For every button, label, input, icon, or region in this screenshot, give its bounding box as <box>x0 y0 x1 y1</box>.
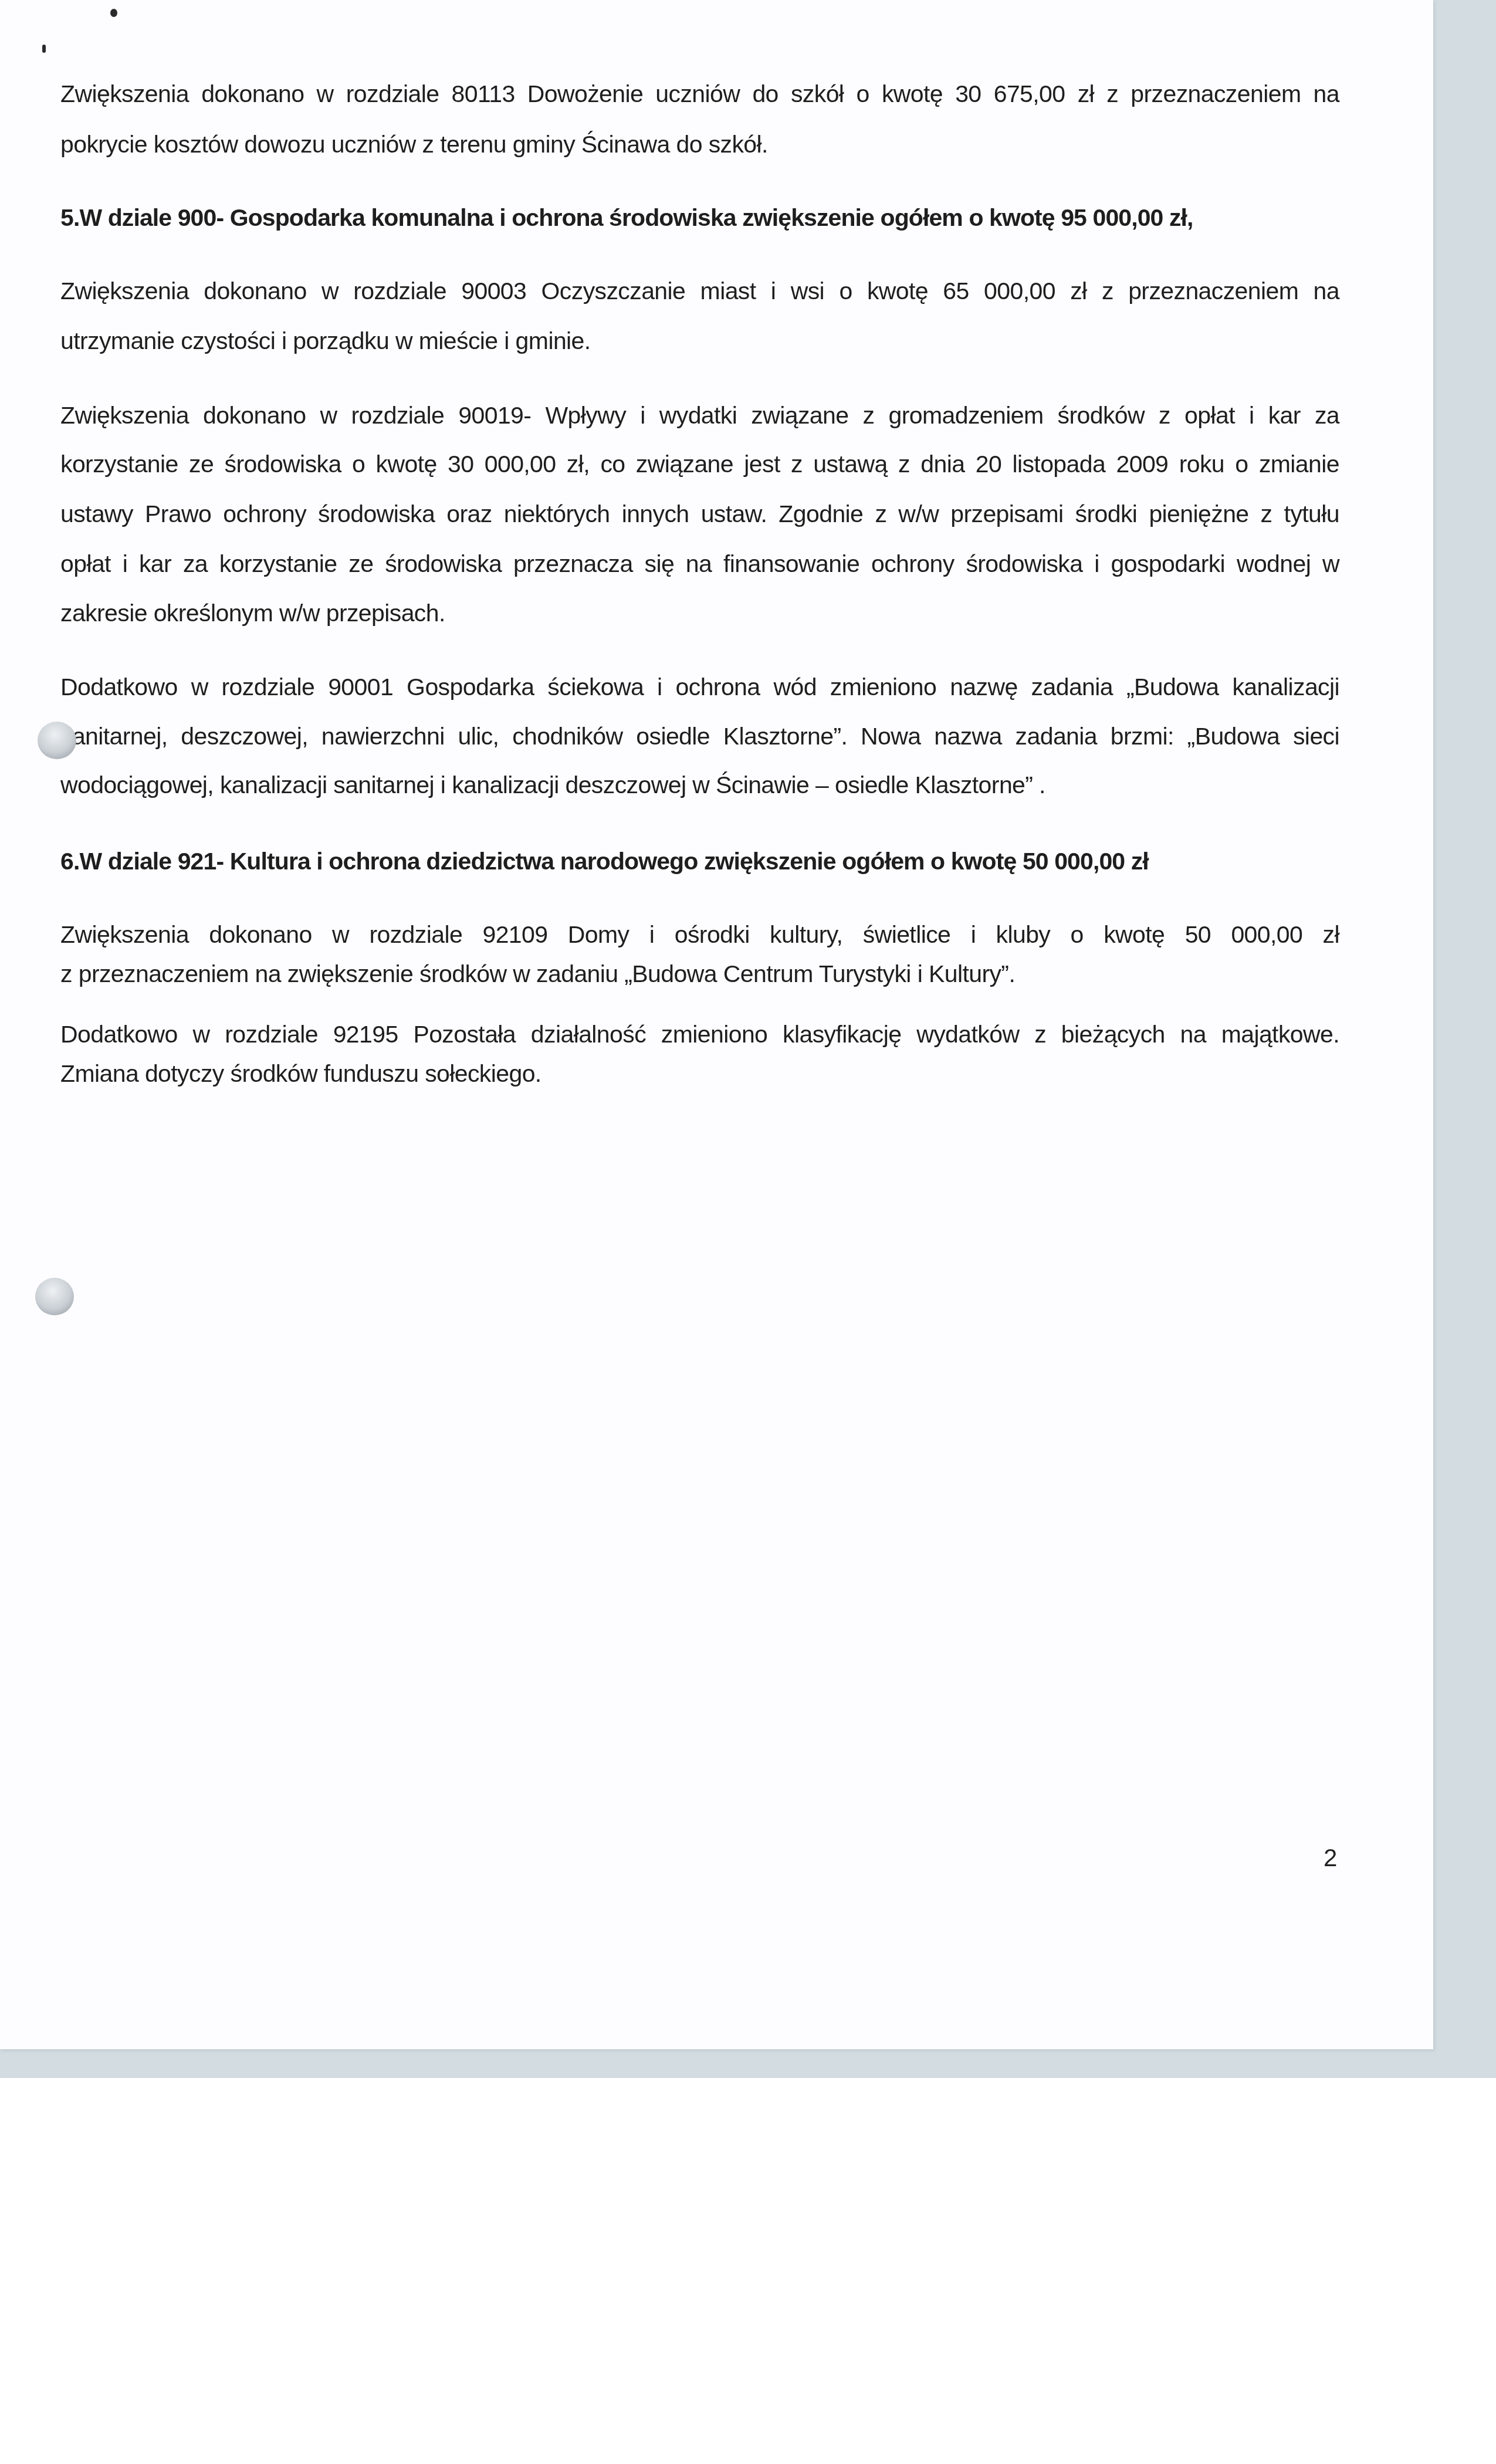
paragraph-90019-line: zakresie określonym w/w przepisach. <box>60 598 1339 628</box>
paragraph-80113-line: Zwiększenia dokonano w rozdziale 80113 D… <box>60 79 1339 109</box>
document-page: Zwiększenia dokonano w rozdziale 80113 D… <box>0 0 1433 2049</box>
paragraph-90003-line: Zwiększenia dokonano w rozdziale 90003 O… <box>60 276 1339 306</box>
paragraph-92109-line: Zwiększenia dokonano w rozdziale 92109 D… <box>60 920 1339 949</box>
paragraph-90019-line: ustawy Prawo ochrony środowiska oraz nie… <box>60 499 1339 529</box>
paragraph-90019-line: korzystanie ze środowiska o kwotę 30 000… <box>60 449 1339 479</box>
paragraph-92109-line: z przeznaczeniem na zwiększenie środków … <box>60 959 1339 989</box>
section-heading-900: 5.W dziale 900- Gospodarka komunalna i o… <box>60 203 1339 232</box>
paragraph-90001-line: wodociągowej, kanalizacji sanitarnej i k… <box>60 770 1339 800</box>
paragraph-92195-line: Dodatkowo w rozdziale 92195 Pozostała dz… <box>60 1020 1339 1049</box>
punch-hole <box>35 1278 74 1315</box>
punch-hole <box>38 722 76 759</box>
section-heading-921: 6.W dziale 921- Kultura i ochrona dziedz… <box>60 847 1339 876</box>
paragraph-80113-line: pokrycie kosztów dowozu uczniów z terenu… <box>60 130 1339 159</box>
dust-speck <box>110 9 117 17</box>
dust-speck <box>42 45 46 53</box>
paragraph-92195-line: Zmiana dotyczy środków funduszu sołeckie… <box>60 1059 1339 1088</box>
paragraph-90001-line: Dodatkowo w rozdziale 90001 Gospodarka ś… <box>60 672 1339 702</box>
paragraph-90001-line: sanitarnej, deszczowej, nawierzchni ulic… <box>60 722 1339 751</box>
page-number: 2 <box>1324 1843 1337 1873</box>
paragraph-90019-line: Zwiększenia dokonano w rozdziale 90019- … <box>60 401 1339 430</box>
paragraph-90019-line: opłat i kar za korzystanie ze środowiska… <box>60 549 1339 578</box>
paragraph-90003-line: utrzymanie czystości i porządku w mieści… <box>60 326 1339 356</box>
